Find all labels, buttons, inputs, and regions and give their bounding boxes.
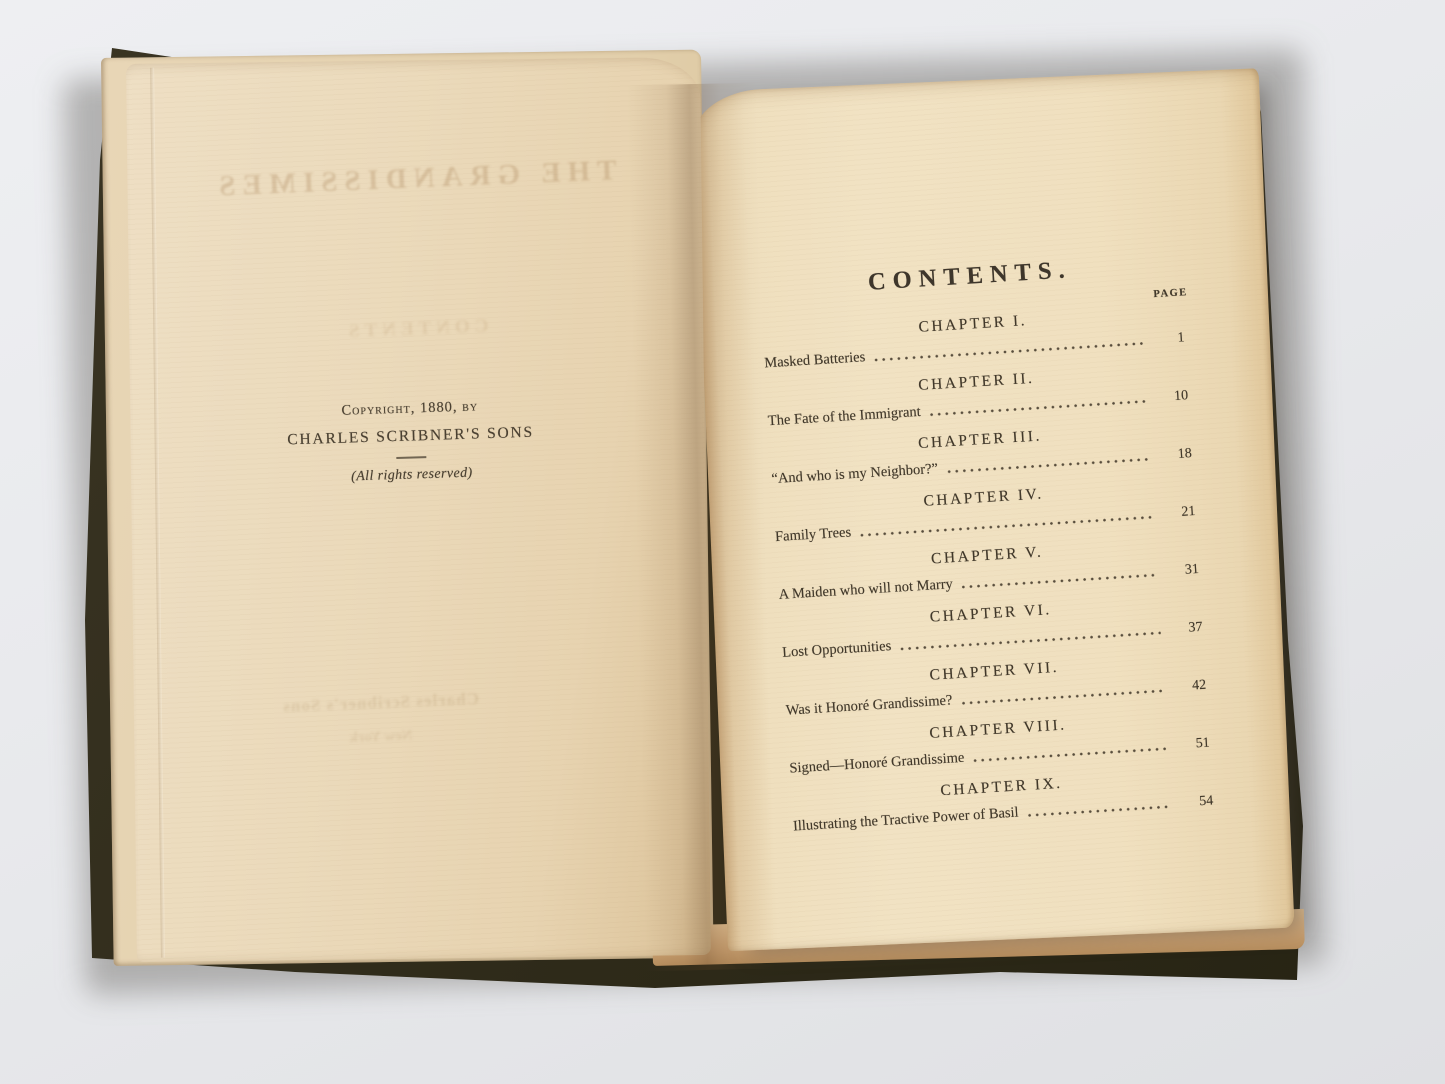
chapter-page-number: 51 [1175,734,1210,755]
left-page: THE GRANDISSIMES CONTENTS Copyright, 188… [126,57,711,962]
chapter-page-number: 37 [1168,618,1203,639]
chapter-title: Masked Batteries [764,348,866,373]
chapter-page-number: 10 [1154,386,1189,407]
toc-chapter: CHAPTER VIII. Signed—Honoré Grandissime … [787,708,1210,779]
chapter-page-number: 31 [1164,560,1199,581]
toc-chapter: CHAPTER I. Masked Batteries 1 [762,302,1185,373]
chapter-page-number: 42 [1172,676,1207,697]
book-photo-scene: CONTENTS. PAGE CHAPTER I. Masked Batteri… [0,0,1445,1084]
ghost-title-showthrough: THE GRANDISSIMES [127,151,702,207]
copyright-block: Copyright, 1880, by CHARLES SCRIBNER'S S… [240,395,582,489]
page-crease [150,68,165,958]
chapter-page-number: 21 [1161,502,1196,523]
chapter-title: Family Trees [775,523,852,547]
toc-chapter: CHAPTER VII. Was it Honoré Grandissime? … [784,650,1207,721]
dotted-leader [1025,794,1172,822]
chapter-page-number: 54 [1179,791,1214,812]
dotted-leader [959,678,1165,710]
chapter-title: “And who is my Neighbor?” [771,460,939,489]
toc-chapter: CHAPTER IV. Family Trees 21 [773,476,1196,547]
rights-line: (All rights reserved) [242,462,582,489]
copyright-line: Copyright, 1880, by [240,395,580,423]
publisher-name: CHARLES SCRIBNER'S SONS [240,422,580,451]
toc-chapter: CHAPTER IX. Illustrating the Tractive Po… [791,766,1214,837]
dotted-leader [959,563,1157,594]
ghost-contents-showthrough: CONTENTS [129,307,703,352]
chapter-page-number: 1 [1150,328,1185,349]
ghost-city-showthrough: New York [134,719,628,756]
chapter-title: A Maiden who will not Marry [778,575,953,605]
toc-chapter: CHAPTER II. The Fate of the Immigrant 10 [766,360,1189,431]
chapter-title: Was it Honoré Grandissime? [785,691,953,720]
dotted-leader [971,736,1169,767]
page-column-label: PAGE [1153,287,1188,300]
table-of-contents: CONTENTS. PAGE CHAPTER I. Masked Batteri… [688,61,1301,854]
toc-chapter: CHAPTER VI. Lost Opportunities 37 [780,592,1203,663]
paper-grain [126,57,711,962]
right-page: CONTENTS. PAGE CHAPTER I. Masked Batteri… [692,68,1295,951]
chapter-title: The Fate of the Immigrant [767,403,921,431]
toc-title: CONTENTS. [759,250,1181,304]
dotted-leader [927,389,1147,422]
chapter-title: Illustrating the Tractive Power of Basil [793,804,1020,837]
ghost-publisher-showthrough: Charles Scribner's Sons [134,683,628,723]
divider-rule [396,456,426,459]
chapter-title: Lost Opportunities [782,637,892,663]
toc-chapter: CHAPTER III. “And who is my Neighbor?” 1… [769,418,1192,489]
chapter-page-number: 18 [1157,444,1192,465]
dotted-leader [944,447,1150,479]
chapter-title: Signed—Honoré Grandissime [789,749,965,779]
toc-chapter: CHAPTER V. A Maiden who will not Marry 3… [777,534,1200,605]
